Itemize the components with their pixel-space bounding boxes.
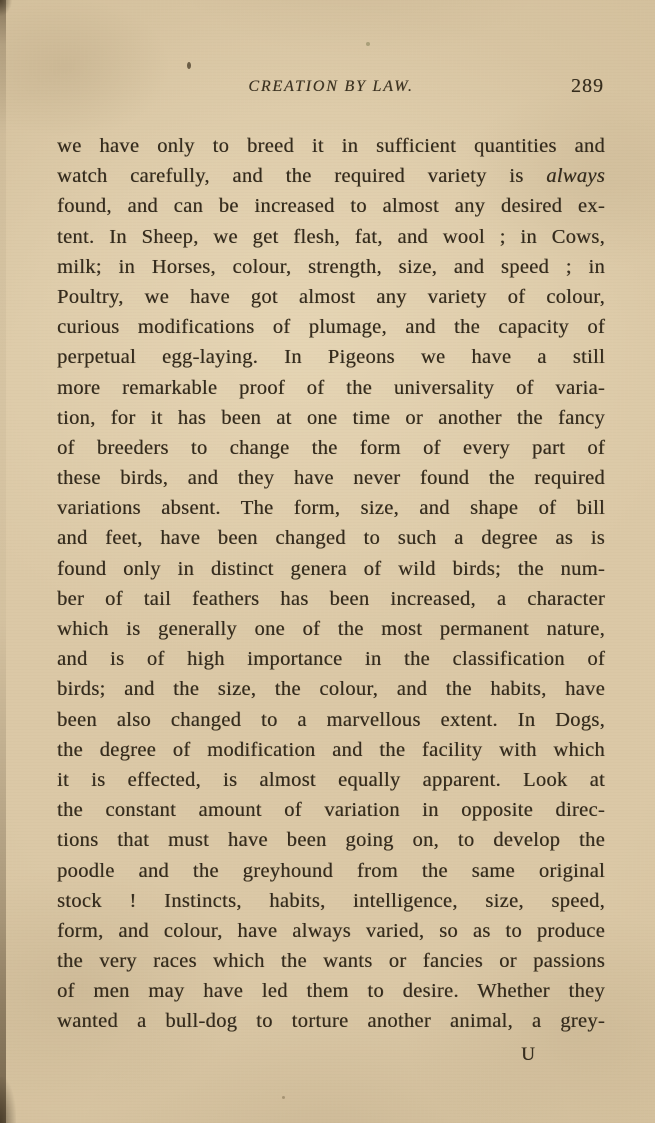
body-line: stock ! Instincts, habits, intelligence,… — [57, 886, 605, 916]
paper-speck — [187, 62, 191, 69]
body-line: watch carefully, and the required variet… — [57, 161, 605, 191]
body-line: tent. In Sheep, we get flesh, fat, and w… — [57, 222, 605, 252]
book-page-scan: CREATION BY LAW. 289 we have only to bre… — [0, 0, 655, 1123]
body-line: been also changed to a marvellous extent… — [57, 705, 605, 735]
body-line: of breeders to change the form of every … — [57, 433, 605, 463]
body-line: the degree of modification and the facil… — [57, 735, 605, 765]
body-text: we have only to breed it in sufficient q… — [57, 131, 605, 1037]
body-line: wanted a bull-dog to torture another ani… — [57, 1006, 605, 1036]
body-line: birds; and the size, the colour, and the… — [57, 674, 605, 704]
page-number: 289 — [571, 75, 604, 98]
body-line: tion, for it has been at one time or ano… — [57, 403, 605, 433]
body-line: these birds, and they have never found t… — [57, 463, 605, 493]
body-line: ber of tail feathers has been increased,… — [57, 584, 605, 614]
body-line: and is of high importance in the classif… — [57, 644, 605, 674]
body-line: we have only to breed it in sufficient q… — [57, 131, 605, 161]
body-line: variations absent. The form, size, and s… — [57, 493, 605, 523]
body-line: found only in distinct genera of wild bi… — [57, 554, 605, 584]
scan-edge-corner-top-left — [0, 0, 12, 16]
body-line: poodle and the greyhound from the same o… — [57, 856, 605, 886]
body-line: curious modifications of plumage, and th… — [57, 312, 605, 342]
body-line: perpetual egg-laying. In Pigeons we have… — [57, 342, 605, 372]
paper-speck — [282, 1096, 285, 1099]
body-line: milk; in Horses, colour, strength, size,… — [57, 252, 605, 282]
body-line: form, and colour, have always varied, so… — [57, 916, 605, 946]
body-line: the very races which the wants or fancie… — [57, 946, 605, 976]
body-line: the constant amount of variation in oppo… — [57, 795, 605, 825]
signature-mark: U — [512, 1044, 544, 1066]
body-line: of men may have led them to desire. Whet… — [57, 976, 605, 1006]
body-line: Poultry, we have got almost any variety … — [57, 282, 605, 312]
body-line: more remarkable proof of the universalit… — [57, 373, 605, 403]
paper-speck — [366, 42, 370, 46]
body-line: which is generally one of the most perma… — [57, 614, 605, 644]
body-line: tions that must have been going on, to d… — [57, 825, 605, 855]
body-line: found, and can be increased to almost an… — [57, 191, 605, 221]
body-line: it is effected, is almost equally appare… — [57, 765, 605, 795]
scan-edge-corner-bottom-left — [0, 1077, 16, 1123]
body-line: and feet, have been changed to such a de… — [57, 523, 605, 553]
running-header-title: CREATION BY LAW. — [57, 78, 605, 96]
running-head: CREATION BY LAW. 289 — [57, 78, 605, 106]
scan-edge-left — [0, 0, 6, 1123]
